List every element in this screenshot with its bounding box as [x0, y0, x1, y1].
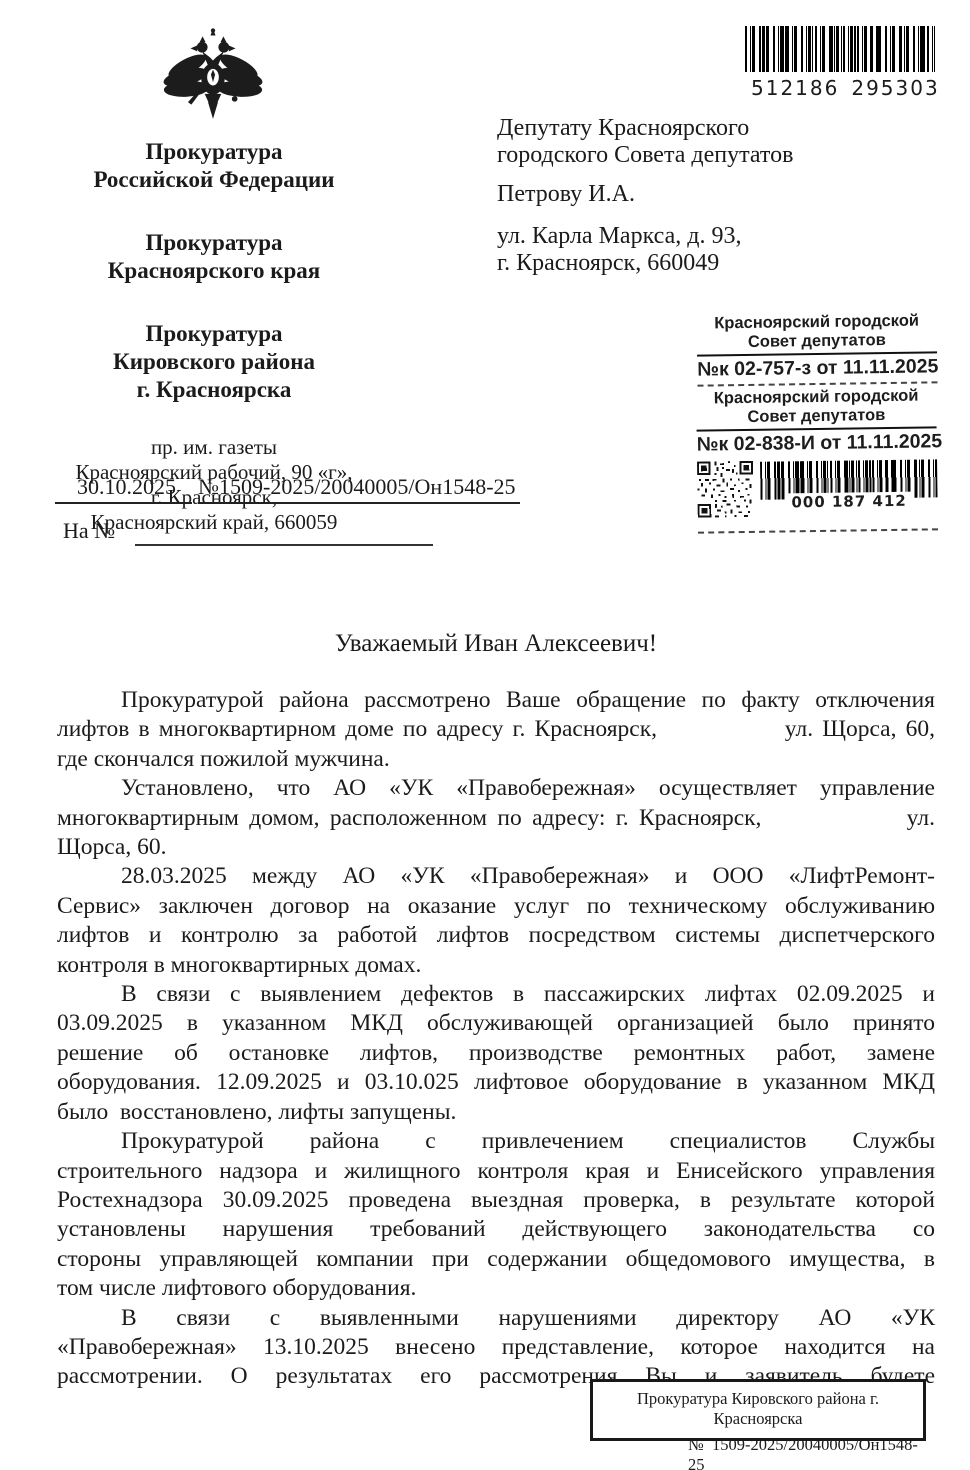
document-page: Прокуратура Российской Федерации Прокура…: [0, 0, 970, 1470]
org-name-krai: Прокуратура Красноярского края: [40, 229, 388, 285]
body-line: Установлено, что АО «УК «Правобережная» …: [57, 774, 935, 803]
stamp-incoming-number: №к 02-757-з от 11.11.2025: [697, 354, 937, 383]
stamp-incoming-number: №к 02-838-И от 11.11.2025: [697, 429, 937, 458]
stamp-org-line: Красноярский городской: [697, 311, 937, 333]
body-line: оборудования. 12.09.2025 и 03.10.025 лиф…: [57, 1068, 935, 1097]
barcode-digits-right: 295303: [845, 76, 945, 100]
org-line: Прокуратура: [40, 229, 388, 257]
recipient-name: Петрову И.А.: [497, 181, 937, 208]
org-line: Кировского района: [40, 348, 388, 376]
outgoing-number: №1509-2025/20040005/Он1548-25: [198, 474, 520, 504]
org-line: Российской Федерации: [40, 166, 388, 194]
body-line: 28.03.2025 между АО «УК «Правобережная» …: [57, 862, 935, 891]
barcode-digits-left: 512186: [745, 76, 845, 100]
body-line: Прокуратурой района рассмотрено Ваше обр…: [57, 686, 935, 715]
body-line: «Правобережная» 13.10.2025 внесено предс…: [57, 1333, 935, 1362]
incoming-stamp-1: Красноярский городской Совет депутатов №…: [697, 311, 938, 386]
body-line: стороны управляющей компании при содержа…: [57, 1245, 935, 1274]
stamp-barcode: 000 187 412: [760, 459, 938, 499]
registry-stamp-number: № 1509-2025/20040005/Он1548-25: [593, 1435, 923, 1470]
recipient-title-line: городского Совета депутатов: [497, 142, 937, 169]
qr-code-icon: [697, 461, 754, 518]
sender-address-line: пр. им. газеты: [40, 435, 388, 460]
barcode-digits: 512186 295303: [745, 76, 935, 100]
reply-ref-blank-line: [135, 516, 433, 546]
recipient-title-line: Депутату Красноярского: [497, 115, 937, 142]
body-line: Прокуратурой района с привлечением специ…: [57, 1127, 935, 1156]
body-line: Щорса, 60.: [57, 833, 935, 862]
outgoing-ref: 30.10.2025№1509-2025/20040005/Он1548-25: [55, 474, 520, 504]
org-line: Красноярского края: [40, 257, 388, 285]
body-line: В связи с выявлением дефектов в пассажир…: [57, 980, 935, 1009]
stamp-org-line: Совет депутатов: [697, 330, 937, 352]
body-line: том числе лифтового оборудования.: [57, 1274, 935, 1303]
stamp-org-line: Красноярский городской: [696, 386, 936, 408]
registry-stamp-org: Прокуратура Кировского района г. Красноя…: [593, 1389, 923, 1429]
stamp-org-line: Совет депутатов: [696, 405, 936, 427]
body-line: В связи с выявленными нарушениями директ…: [57, 1304, 935, 1333]
salutation: Уважаемый Иван Алексеевич!: [57, 630, 935, 658]
incoming-stamp-2: Красноярский городской Совет депутатов №…: [696, 386, 938, 533]
coat-of-arms-icon: [163, 24, 263, 132]
body-line: многоквартирным домом, расположенном по …: [57, 804, 935, 833]
body-line: контроля в многоквартирных домах.: [57, 951, 935, 980]
body-line: где скончался пожилой мужчина.: [57, 745, 935, 774]
body-line: решение об остановке лифтов, производств…: [57, 1039, 935, 1068]
body-line: 03.09.2025 в указанном МКД обслуживающей…: [57, 1009, 935, 1038]
org-line: Прокуратура: [40, 138, 388, 166]
stamp-barcode-digits: 000 187 412: [786, 492, 912, 512]
stamp-code-row: 000 187 412: [697, 458, 938, 517]
org-line: Прокуратура: [40, 320, 388, 348]
org-name-federation: Прокуратура Российской Федерации: [40, 138, 388, 194]
recipient-block: Депутату Красноярского городского Совета…: [497, 115, 937, 277]
registry-stamp: Прокуратура Кировского района г. Красноя…: [590, 1379, 926, 1441]
reply-ref-label: На №: [63, 518, 115, 544]
outgoing-date: 30.10.2025: [55, 474, 192, 504]
recipient-address-line: ул. Карла Маркса, д. 93,: [497, 223, 937, 250]
org-name-district: Прокуратура Кировского района г. Красноя…: [40, 320, 388, 404]
body-line: лифтов и контролю за работой лифтов поср…: [57, 921, 935, 950]
body-line: строительного надзора и жилищного контро…: [57, 1157, 935, 1186]
body-line: Ростехнадзора 30.09.2025 проведена выезд…: [57, 1186, 935, 1215]
body-line: Сервис» заключен договор на оказание усл…: [57, 892, 935, 921]
body-line: установлены нарушения требований действу…: [57, 1215, 935, 1244]
body-line: лифтов в многоквартирном доме по адресу …: [57, 715, 935, 744]
recipient-address-line: г. Красноярск, 660049: [497, 250, 937, 277]
body-paragraphs: Прокуратурой района рассмотрено Ваше обр…: [57, 686, 935, 1392]
body-line: было восстановлено, лифты запущены.: [57, 1098, 935, 1127]
barcode-bars: [745, 26, 935, 72]
postal-barcode: 512186 295303: [745, 26, 935, 92]
org-line: г. Красноярска: [40, 376, 388, 404]
stamp-dashed-rule: [698, 528, 938, 533]
